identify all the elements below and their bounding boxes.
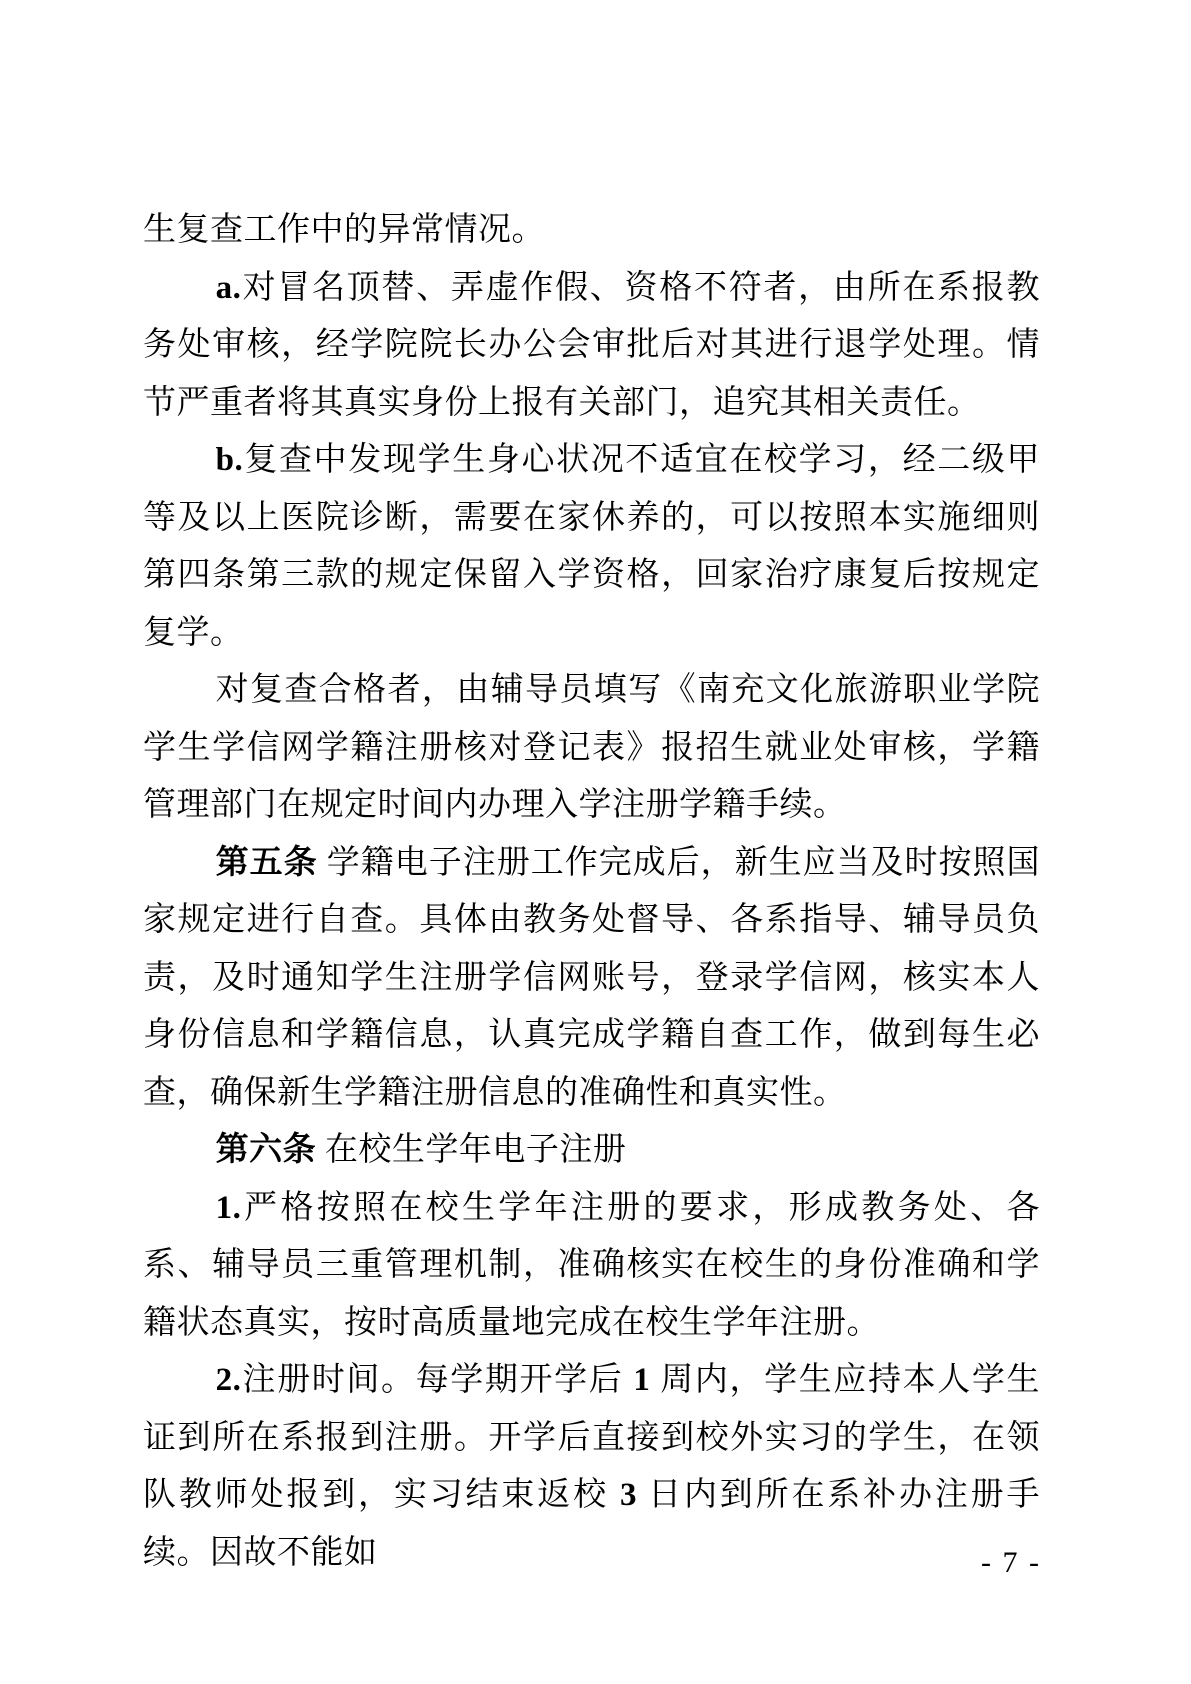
paragraph: 第五条 学籍电子注册工作完成后，新生应当及时按照国家规定进行自查。具体由教务处督… (143, 835, 1040, 1123)
text-run: 在校生学年电子注册 (316, 1132, 626, 1168)
text-run: 对复查合格者，由辅导员填写《南充文化旅游职业学院学生学信网学籍注册核对登记表》报… (143, 672, 1040, 823)
text-run: 学籍电子注册工作完成后，新生应当及时按照国家规定进行自查。具体由教务处督导、各系… (143, 845, 1040, 1111)
paragraph: 1.严格按照在校生学年注册的要求，形成教务处、各系、辅导员三重管理机制，准确核实… (143, 1180, 1040, 1353)
text-run: 对冒名顶替、弄虚作假、资格不符者，由所在系报教务处审核，经学院院长办公会审批后对… (143, 270, 1040, 421)
page-number: - 7 - (981, 1544, 1041, 1582)
emphasis-text-run: 2. (216, 1362, 242, 1398)
paragraph: 第六条 在校生学年电子注册 (143, 1122, 1040, 1180)
text-run: 严格按照在校生学年注册的要求，形成教务处、各系、辅导员三重管理机制，准确核实在校… (143, 1190, 1040, 1341)
document-page: 生复查工作中的异常情况。a.对冒名顶替、弄虚作假、资格不符者，由所在系报教务处审… (0, 0, 1191, 1684)
paragraph: b.复查中发现学生身心状况不适宜在校学习，经二级甲等及以上医院诊断，需要在家休养… (143, 432, 1040, 662)
paragraph: 对复查合格者，由辅导员填写《南充文化旅游职业学院学生学信网学籍注册核对登记表》报… (143, 662, 1040, 835)
emphasis-text-run: b. (216, 442, 244, 478)
emphasis-text-run: 1 (633, 1362, 650, 1398)
text-run: 生复查工作中的异常情况。 (143, 212, 545, 248)
emphasis-text-run: 第五条 (216, 845, 318, 881)
emphasis-text-run: a. (216, 270, 242, 306)
emphasis-text-run: 3 (620, 1477, 637, 1513)
paragraph: a.对冒名顶替、弄虚作假、资格不符者，由所在系报教务处审核，经学院院长办公会审批… (143, 260, 1040, 433)
paragraph: 生复查工作中的异常情况。 (143, 202, 1040, 260)
document-body: 生复查工作中的异常情况。a.对冒名顶替、弄虚作假、资格不符者，由所在系报教务处审… (143, 202, 1040, 1582)
text-run: 注册时间。每学期开学后 (241, 1362, 633, 1398)
emphasis-text-run: 第六条 (216, 1132, 317, 1168)
paragraph: 2.注册时间。每学期开学后 1 周内，学生应持本人学生证到所在系报到注册。开学后… (143, 1352, 1040, 1582)
text-run: 复查中发现学生身心状况不适宜在校学习，经二级甲等及以上医院诊断，需要在家休养的，… (143, 442, 1040, 651)
page-number-label: - 7 - (981, 1546, 1041, 1579)
emphasis-text-run: 1. (216, 1190, 242, 1226)
